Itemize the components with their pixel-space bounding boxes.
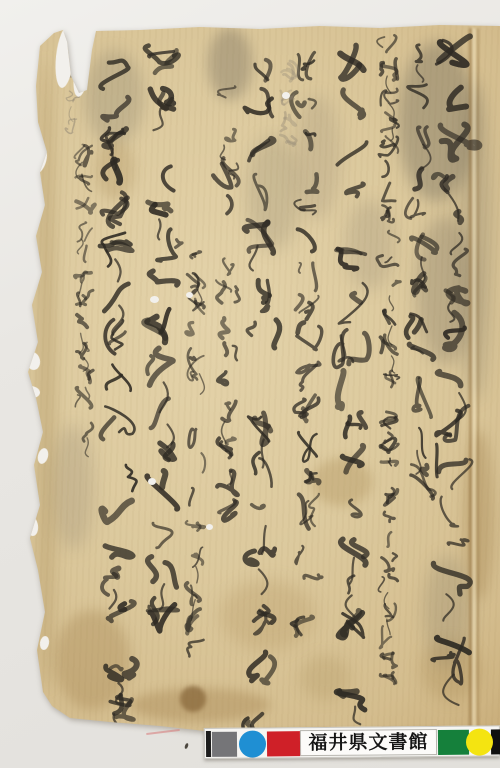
paper-tear: [150, 296, 159, 303]
text-column-c1: [432, 36, 480, 705]
paper-tear: [282, 92, 290, 99]
red-square: [267, 731, 300, 756]
blue-circle: [239, 730, 266, 757]
text-column-c7: [213, 86, 239, 520]
text-column-c3: [377, 35, 400, 684]
yellow-circle: [466, 728, 493, 755]
text-column-c4: [333, 45, 369, 724]
paper-tear: [148, 478, 156, 485]
calligraphy-ink-layer: [0, 0, 500, 768]
text-column-c8: [186, 252, 206, 657]
paper-tear: [206, 524, 213, 530]
archive-label-panel: 福井県文書館: [300, 729, 437, 756]
text-column-c10: [100, 61, 137, 732]
scan-background: 福井県文書館: [0, 0, 500, 768]
archive-label: 福井県文書館: [308, 733, 428, 753]
text-column-c12: [74, 145, 94, 457]
text-column-c6: [243, 60, 280, 743]
paper-tear: [186, 292, 193, 298]
text-column-c9: [144, 46, 182, 631]
gray-square: [212, 732, 237, 757]
manuscript-page: [0, 0, 500, 768]
color-calibration-bar: 福井県文書館: [204, 725, 500, 759]
text-column-c2: [405, 45, 437, 499]
manuscript-page-wrap: [0, 0, 500, 768]
black-end-cap: [206, 731, 211, 757]
green-square: [438, 730, 469, 755]
